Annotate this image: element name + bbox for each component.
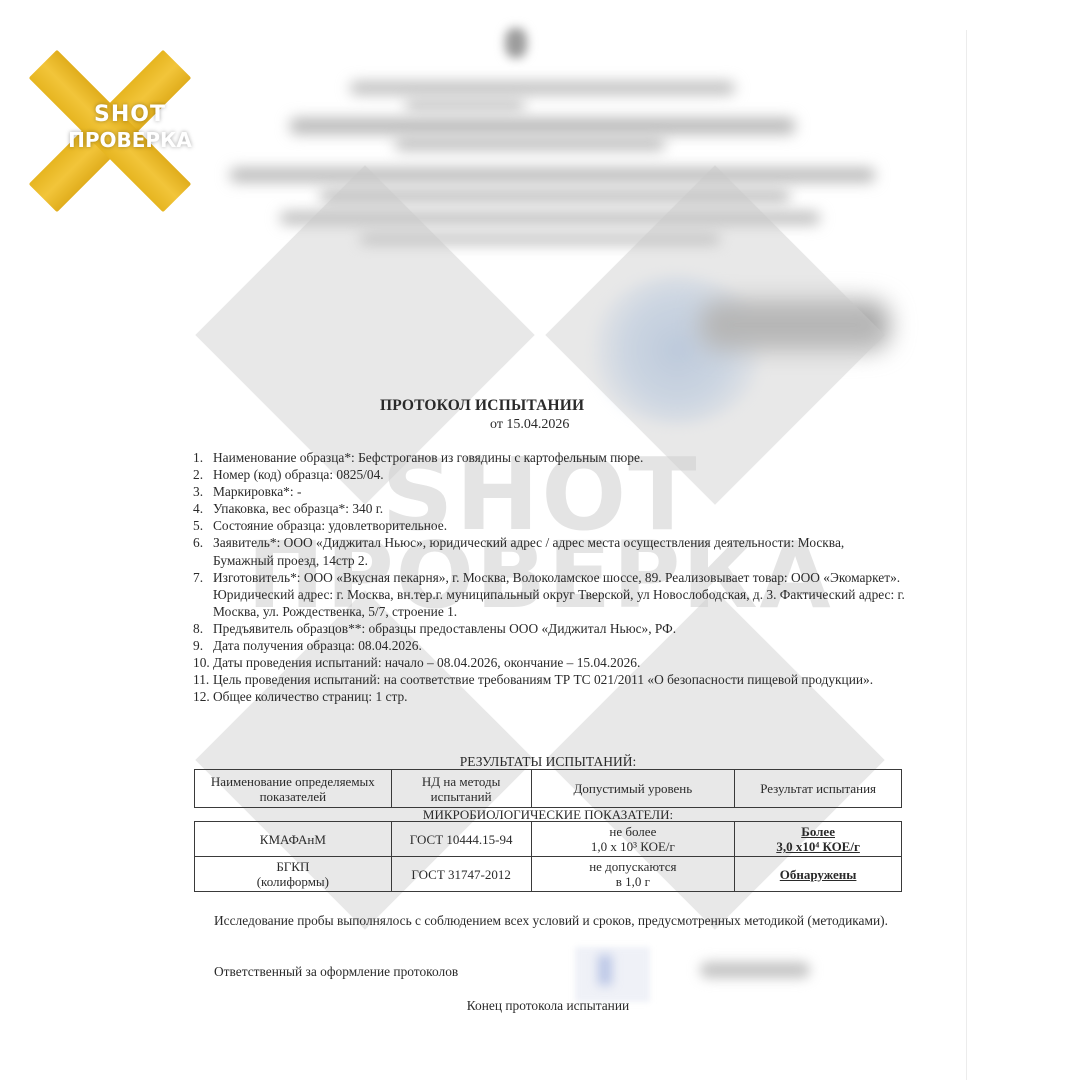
list-item: 4.Упаковка, вес образца*: 340 г. — [193, 500, 913, 517]
emblem-icon — [505, 28, 527, 58]
header-limit: Допустимый уровень — [531, 770, 735, 808]
table-row: БГКП (колиформы) ГОСТ 31747-2012 не допу… — [195, 857, 902, 892]
responsible-label: Ответственный за оформление протоколов — [214, 964, 458, 980]
cell-method: ГОСТ 10444.15-94 — [391, 822, 531, 857]
page-edge — [966, 30, 967, 1080]
cell-indicator: КМАФАнМ — [195, 822, 392, 857]
redacted-signature-area — [575, 947, 650, 1002]
list-item: 3.Маркировка*: - — [193, 483, 913, 500]
list-item: 10.Даты проведения испытаний: начало – 0… — [193, 654, 913, 671]
table-row: КМАФАнМ ГОСТ 10444.15-94 не более 1,0 х … — [195, 822, 902, 857]
logo-text-shot: SHOT — [50, 102, 210, 127]
cell-result: Обнаружены — [735, 857, 902, 892]
results-table: Наименование определяемых показателей НД… — [194, 769, 902, 892]
results-title: РЕЗУЛЬТАТЫ ИСПЫТАНИЙ: — [194, 754, 902, 770]
header-result: Результат испытания — [735, 770, 902, 808]
cell-method: ГОСТ 31747-2012 — [391, 857, 531, 892]
cell-limit: не более 1,0 х 10³ КОЕ/г — [531, 822, 735, 857]
table-header-row: Наименование определяемых показателей НД… — [195, 770, 902, 808]
list-item: 11.Цель проведения испытаний: на соответ… — [193, 671, 913, 688]
list-item: 1.Наименование образца*: Бефстроганов из… — [193, 449, 913, 466]
document-title: ПРОТОКОЛ ИСПЫТАНИИ — [380, 397, 584, 415]
list-item: 5.Состояние образца: удовлетворительное. — [193, 517, 913, 534]
sample-info-list: 1.Наименование образца*: Бефстроганов из… — [193, 449, 913, 705]
cell-limit: не допускаются в 1,0 г — [531, 857, 735, 892]
document-date: от 15.04.2026 — [490, 417, 569, 433]
cell-indicator: БГКП (колиформы) — [195, 857, 392, 892]
end-of-protocol: Конец протокола испытании — [194, 998, 902, 1014]
redacted-stamp-text — [700, 300, 890, 350]
list-item: 8.Предъявитель образцов**: образцы предо… — [193, 620, 913, 637]
table-section-row: МИКРОБИОЛОГИЧЕСКИЕ ПОКАЗАТЕЛИ: — [195, 808, 902, 822]
redacted-stamp — [590, 275, 765, 425]
list-item: 6.Заявитель*: ООО «Диджитал Ньюс», юриди… — [193, 534, 913, 568]
list-item: 9.Дата получения образца: 08.04.2026. — [193, 637, 913, 654]
logo-text-proverka: ПРОВЕРКА — [50, 128, 210, 152]
section-label: МИКРОБИОЛОГИЧЕСКИЕ ПОКАЗАТЕЛИ: — [195, 808, 902, 822]
list-item: 7.Изготовитель*: ООО «Вкусная пекарня», … — [193, 569, 913, 620]
list-item: 2.Номер (код) образца: 0825/04. — [193, 466, 913, 483]
list-item: 12.Общее количество страниц: 1 стр. — [193, 688, 913, 705]
header-indicator: Наименование определяемых показателей — [195, 770, 392, 808]
cell-result: Более 3,0 х10⁴ КОЕ/г — [735, 822, 902, 857]
header-method: НД на методы испытаний — [391, 770, 531, 808]
redacted-signature — [598, 955, 612, 985]
shot-proverka-logo: SHOT ПРОВЕРКА — [50, 48, 210, 208]
methodology-note: Исследование пробы выполнялось с соблюде… — [214, 912, 894, 930]
redacted-name — [700, 962, 810, 978]
